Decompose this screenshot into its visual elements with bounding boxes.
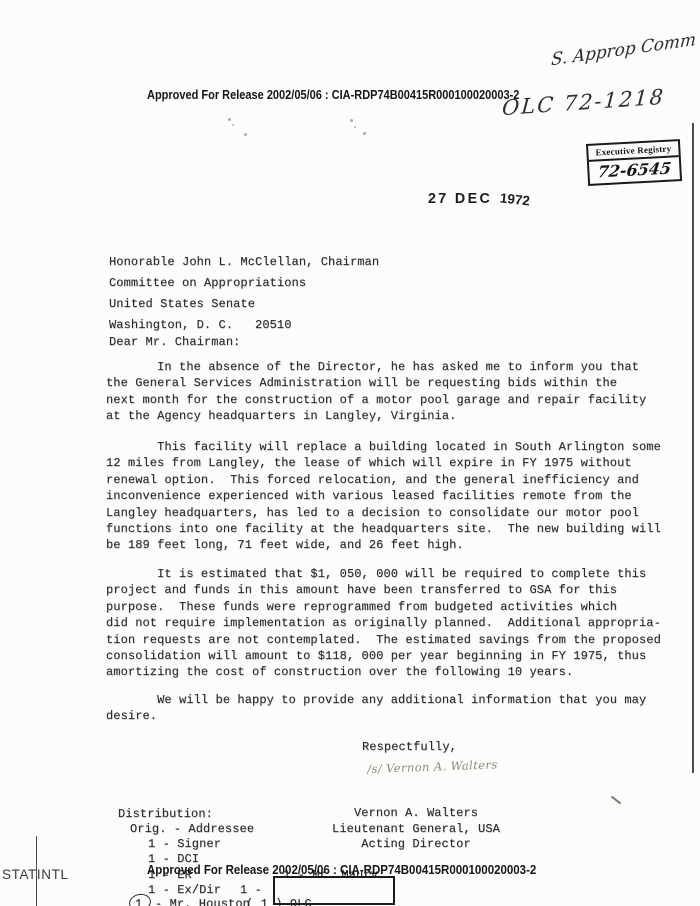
date-stamp-year: 1972 — [499, 190, 530, 208]
release-stamp-bottom: Approved For Release 2002/05/06 : CIA-RD… — [147, 863, 536, 877]
distribution-heading: Distribution: — [118, 806, 213, 822]
signer-rank: Lieutenant General, USA — [318, 822, 514, 838]
scan-edge-line-left — [36, 836, 37, 906]
body-paragraph-3: It is estimated that $1, 050, 000 will b… — [106, 566, 661, 681]
date-stamp-day-month: 27 DEC — [428, 190, 492, 207]
pencil-mark — [611, 796, 622, 805]
typed-signature: /s/ Vernon A. Walters — [367, 757, 498, 776]
ink-speck — [363, 132, 366, 135]
distribution-line-orig: Orig. - Addressee — [130, 821, 254, 837]
closing: Respectfully, — [362, 739, 457, 755]
signer-block: Vernon A. Walters Lieutenant General, US… — [318, 806, 514, 853]
ink-speck — [350, 119, 353, 122]
salutation: Dear Mr. Chairman: — [109, 334, 240, 350]
scanned-letter-page: S. Approp Comm Approved For Release 2002… — [0, 0, 700, 906]
recipient-address: Honorable John L. McClellan, Chairman Co… — [109, 252, 379, 336]
date-stamp: 27 DEC1972 — [428, 190, 530, 208]
ink-speck — [244, 133, 247, 136]
distribution-line-signer: 1 - Signer — [148, 836, 221, 852]
distribution-line-olc: ( 1 ) OLC — [246, 896, 312, 906]
ink-speck — [354, 126, 356, 128]
distribution-line-houston-num: 1 — [135, 896, 142, 906]
ink-speck — [232, 124, 234, 126]
body-paragraph-1: In the absence of the Director, he has a… — [106, 359, 646, 425]
handwritten-note: S. Approp Comm — [551, 30, 697, 71]
signer-name: Vernon A. Walters — [318, 806, 514, 822]
scan-edge-line-right — [692, 123, 694, 773]
olc-number-handwritten: OLC 72-1218 — [501, 85, 665, 121]
signer-title: Acting Director — [318, 837, 514, 853]
ink-speck — [228, 118, 231, 121]
distribution-line-houston: - Mr. Houston — [155, 896, 250, 906]
body-paragraph-2: This facility will replace a building lo… — [106, 439, 661, 554]
release-stamp-top: Approved For Release 2002/05/06 : CIA-RD… — [147, 88, 519, 102]
executive-registry-stamp: Executive Registry 72-6545 — [586, 139, 682, 186]
registry-stamp-number: 72-6545 — [588, 157, 681, 184]
body-paragraph-4: We will be happy to provide any addition… — [106, 692, 646, 725]
